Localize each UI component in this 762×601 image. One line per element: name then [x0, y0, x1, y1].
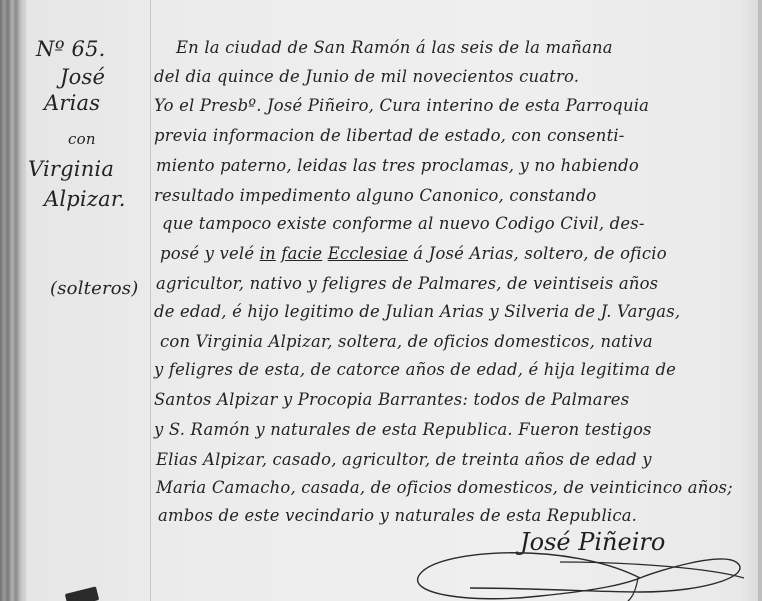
body-line-6: resultado impedimento alguno Canonico, c… — [154, 186, 596, 205]
body-line-2: del dia quince de Junio de mil novecient… — [154, 67, 579, 86]
body-line-3: Yo el Presbº. José Piñeiro, Cura interin… — [154, 96, 649, 115]
body-line-12: y feligres de esta, de catorce años de e… — [154, 360, 676, 379]
body-line-11: con Virginia Alpizar, soltera, de oficio… — [160, 332, 653, 351]
body-line-14: y S. Ramón y naturales de esta Republica… — [154, 420, 652, 439]
latin-in: in — [260, 244, 276, 263]
body-line-4: previa informacion de libertad de estado… — [154, 126, 625, 145]
body-line-5: miento paterno, leidas las tres proclama… — [156, 156, 639, 175]
body-line-7: que tampoco existe conforme al nuevo Cod… — [162, 214, 645, 233]
bride-last-name: Alpizar. — [44, 188, 126, 210]
body-line-17: ambos de este vecindario y naturales de … — [158, 506, 637, 525]
line8-post: á José Arias, soltero, de oficio — [408, 244, 667, 263]
document-page: Nº 65. José Arias con Virginia Alpizar. … — [0, 0, 762, 601]
margin-conjunction: con — [68, 128, 96, 150]
body-line-15: Elias Alpizar, casado, agricultor, de tr… — [156, 450, 652, 469]
body-line-16: Maria Camacho, casada, de oficios domest… — [156, 478, 733, 497]
groom-last-name: Arias — [44, 92, 100, 114]
signature-flourish-icon — [410, 548, 750, 601]
margin-rule-line — [150, 0, 151, 601]
body-line-13: Santos Alpizar y Procopia Barrantes: tod… — [154, 390, 629, 409]
body-line-9: agricultor, nativo y feligres de Palmare… — [156, 274, 658, 293]
body-line-10: de edad, é hijo legitimo de Julian Arias… — [154, 302, 680, 321]
book-binding-edge — [0, 0, 26, 601]
entry-number: Nº 65. — [36, 38, 106, 60]
body-line-8: posé y velé in facie Ecclesiae á José Ar… — [160, 244, 667, 263]
groom-first-name: José — [60, 66, 105, 88]
marital-status-note: (solteros) — [50, 278, 138, 300]
body-line-1: En la ciudad de San Ramón á las seis de … — [176, 38, 613, 57]
latin-facie: facie — [281, 244, 322, 263]
latin-ecclesiae: Ecclesiae — [328, 244, 408, 263]
page-right-edge — [758, 0, 762, 601]
line8-pre: posé y velé — [160, 244, 260, 263]
bride-first-name: Virginia — [28, 158, 114, 180]
ink-smudge — [65, 586, 99, 601]
